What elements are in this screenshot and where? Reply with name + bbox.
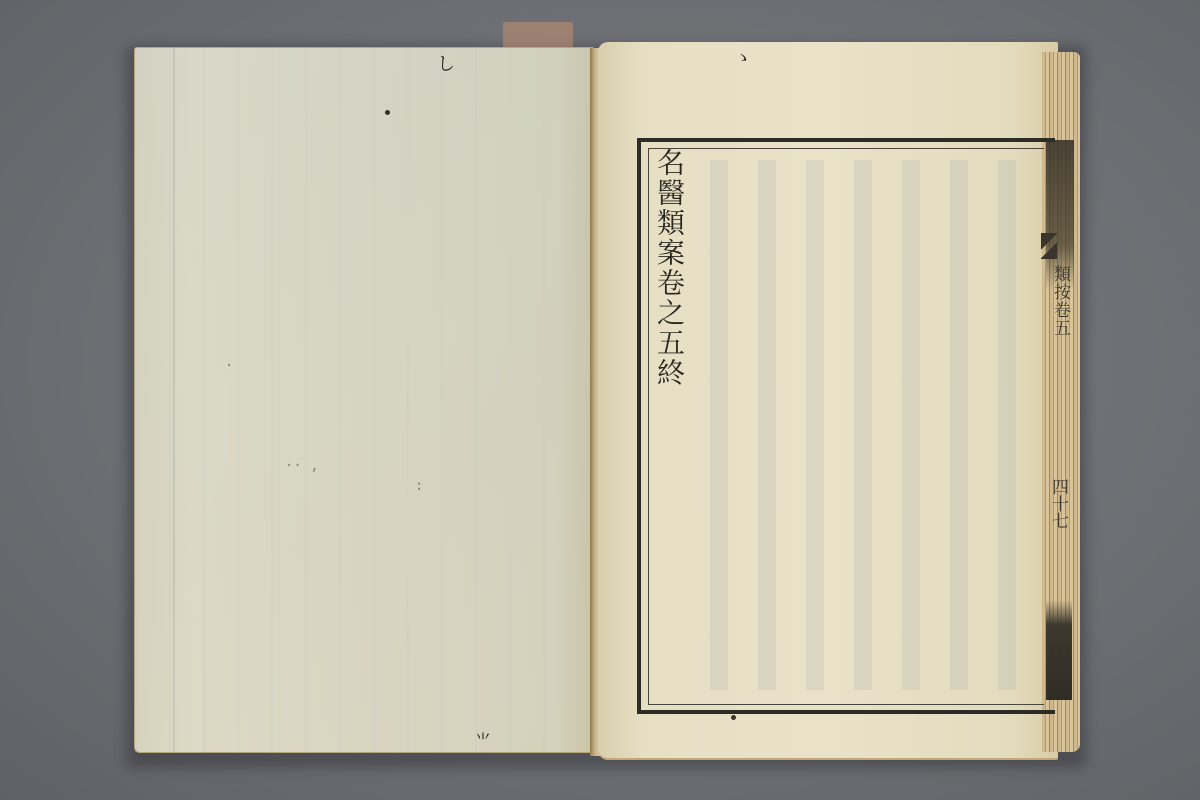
page-fold-line: [173, 48, 175, 752]
tissue-texture: [135, 48, 593, 752]
folio-number: 四十七: [1042, 478, 1068, 529]
top-ink-mark: ゝ: [734, 44, 752, 70]
fishtail-mark-icon: [1041, 233, 1057, 259]
ink-spot: [731, 715, 736, 720]
ink-spot: [385, 110, 390, 115]
ink-bleed-mark: :: [415, 478, 423, 494]
ink-bleed-mark: ·: [225, 358, 233, 374]
printed-border-inner: [648, 148, 1044, 705]
left-page: し · ·· , : ⺌: [134, 47, 594, 753]
ink-bleed-mark: ·· ,: [285, 458, 319, 474]
colophon-title: 名醫類案卷之五終: [650, 148, 686, 388]
bottom-ink-mark: ⺌: [475, 728, 491, 751]
top-ink-mark: し: [437, 50, 455, 76]
center-column-title: 類按卷五: [1042, 265, 1070, 337]
